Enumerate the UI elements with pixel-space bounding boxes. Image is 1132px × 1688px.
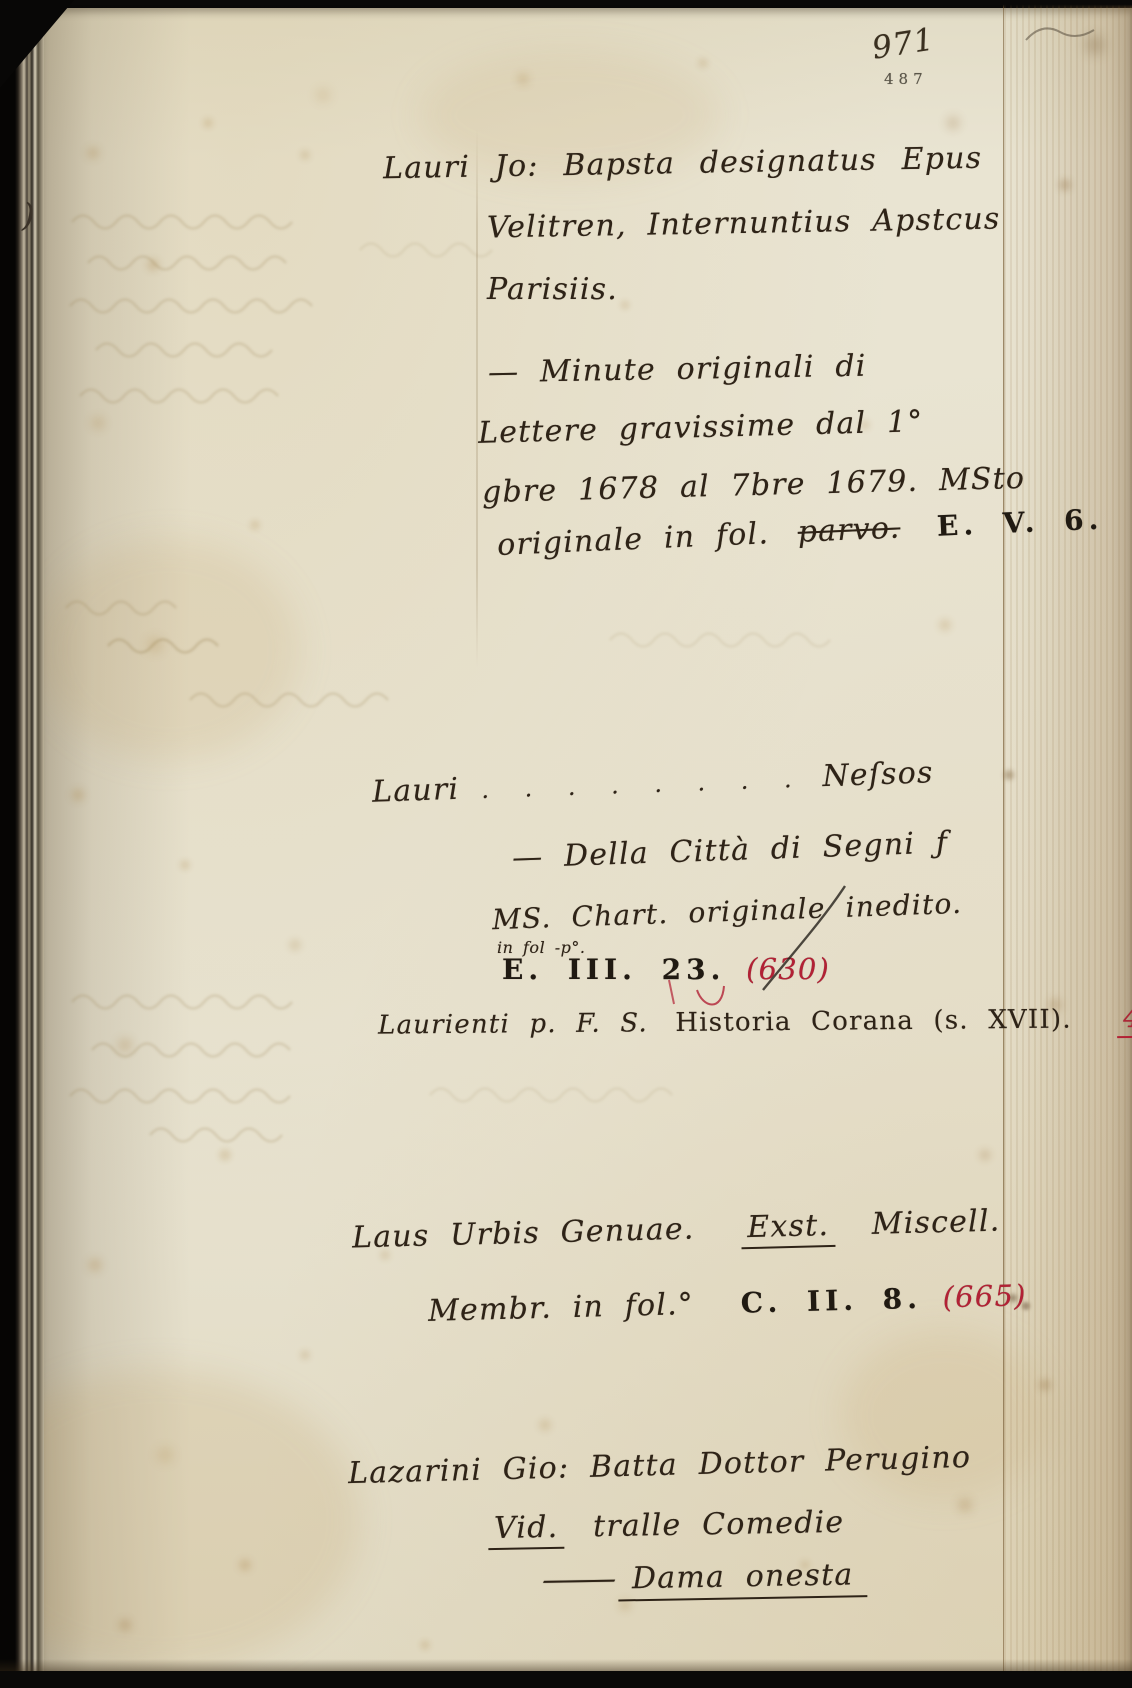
work-title: Dama onesta — [618, 1557, 868, 1601]
pen-flourish: — — [540, 1561, 622, 1597]
cross-reference-text: tralle Comedie — [593, 1505, 845, 1544]
work-title: Neſsos — [822, 755, 934, 794]
struck-word: parvo. — [797, 510, 901, 549]
vide-abbreviation: Vid. — [488, 1510, 565, 1550]
photo-corner-shadow — [0, 0, 74, 88]
page-bottom-shadow — [0, 1659, 1132, 1671]
exstat-note: Exst. — [741, 1208, 836, 1249]
book-gutter-page-edges — [0, 0, 44, 1688]
author-name: Laurienti p. F. S. — [378, 1008, 648, 1040]
margin-mark: ) — [22, 196, 36, 234]
cross-reference-line: Vid. tralle Comedie — [488, 1505, 845, 1546]
manuscript-scan: 971 487 ) Lauri Jo: Bapsta designatus Ep… — [0, 0, 1132, 1688]
photo-top-edge — [0, 0, 1132, 8]
work-title: Historia Corana (s. XVII). — [675, 1005, 1072, 1038]
note-line: — Minute originali di — [488, 349, 867, 391]
work-title-line: — Dama onesta — [540, 1557, 868, 1598]
format-note: Membr. in fol.° — [428, 1287, 695, 1329]
red-inventory-number: 4057 — [1117, 1000, 1132, 1038]
photo-bottom-edge — [0, 1671, 1132, 1688]
entry-laurienti: Laurienti p. F. S. Historia Corana (s. X… — [378, 1000, 1132, 1040]
collection-note: Miscell. — [871, 1204, 1000, 1242]
shelfmark: E. V. 6. — [936, 503, 1104, 543]
shelfmark-line: E. III. 23. (630) — [502, 952, 830, 987]
stamped-folio-number: 487 — [884, 70, 928, 88]
page-deckle-edge — [1003, 0, 1132, 1672]
red-inventory-number: (665) — [942, 1278, 1027, 1314]
shelfmark: C. II. 8. — [740, 1282, 922, 1320]
shelfmark: E. III. 23. — [502, 953, 725, 986]
author-name: Lauri — [372, 772, 460, 810]
red-inventory-number: (630) — [746, 952, 830, 986]
page-crease — [476, 128, 478, 668]
entry-line: Parisiis. — [487, 272, 618, 307]
